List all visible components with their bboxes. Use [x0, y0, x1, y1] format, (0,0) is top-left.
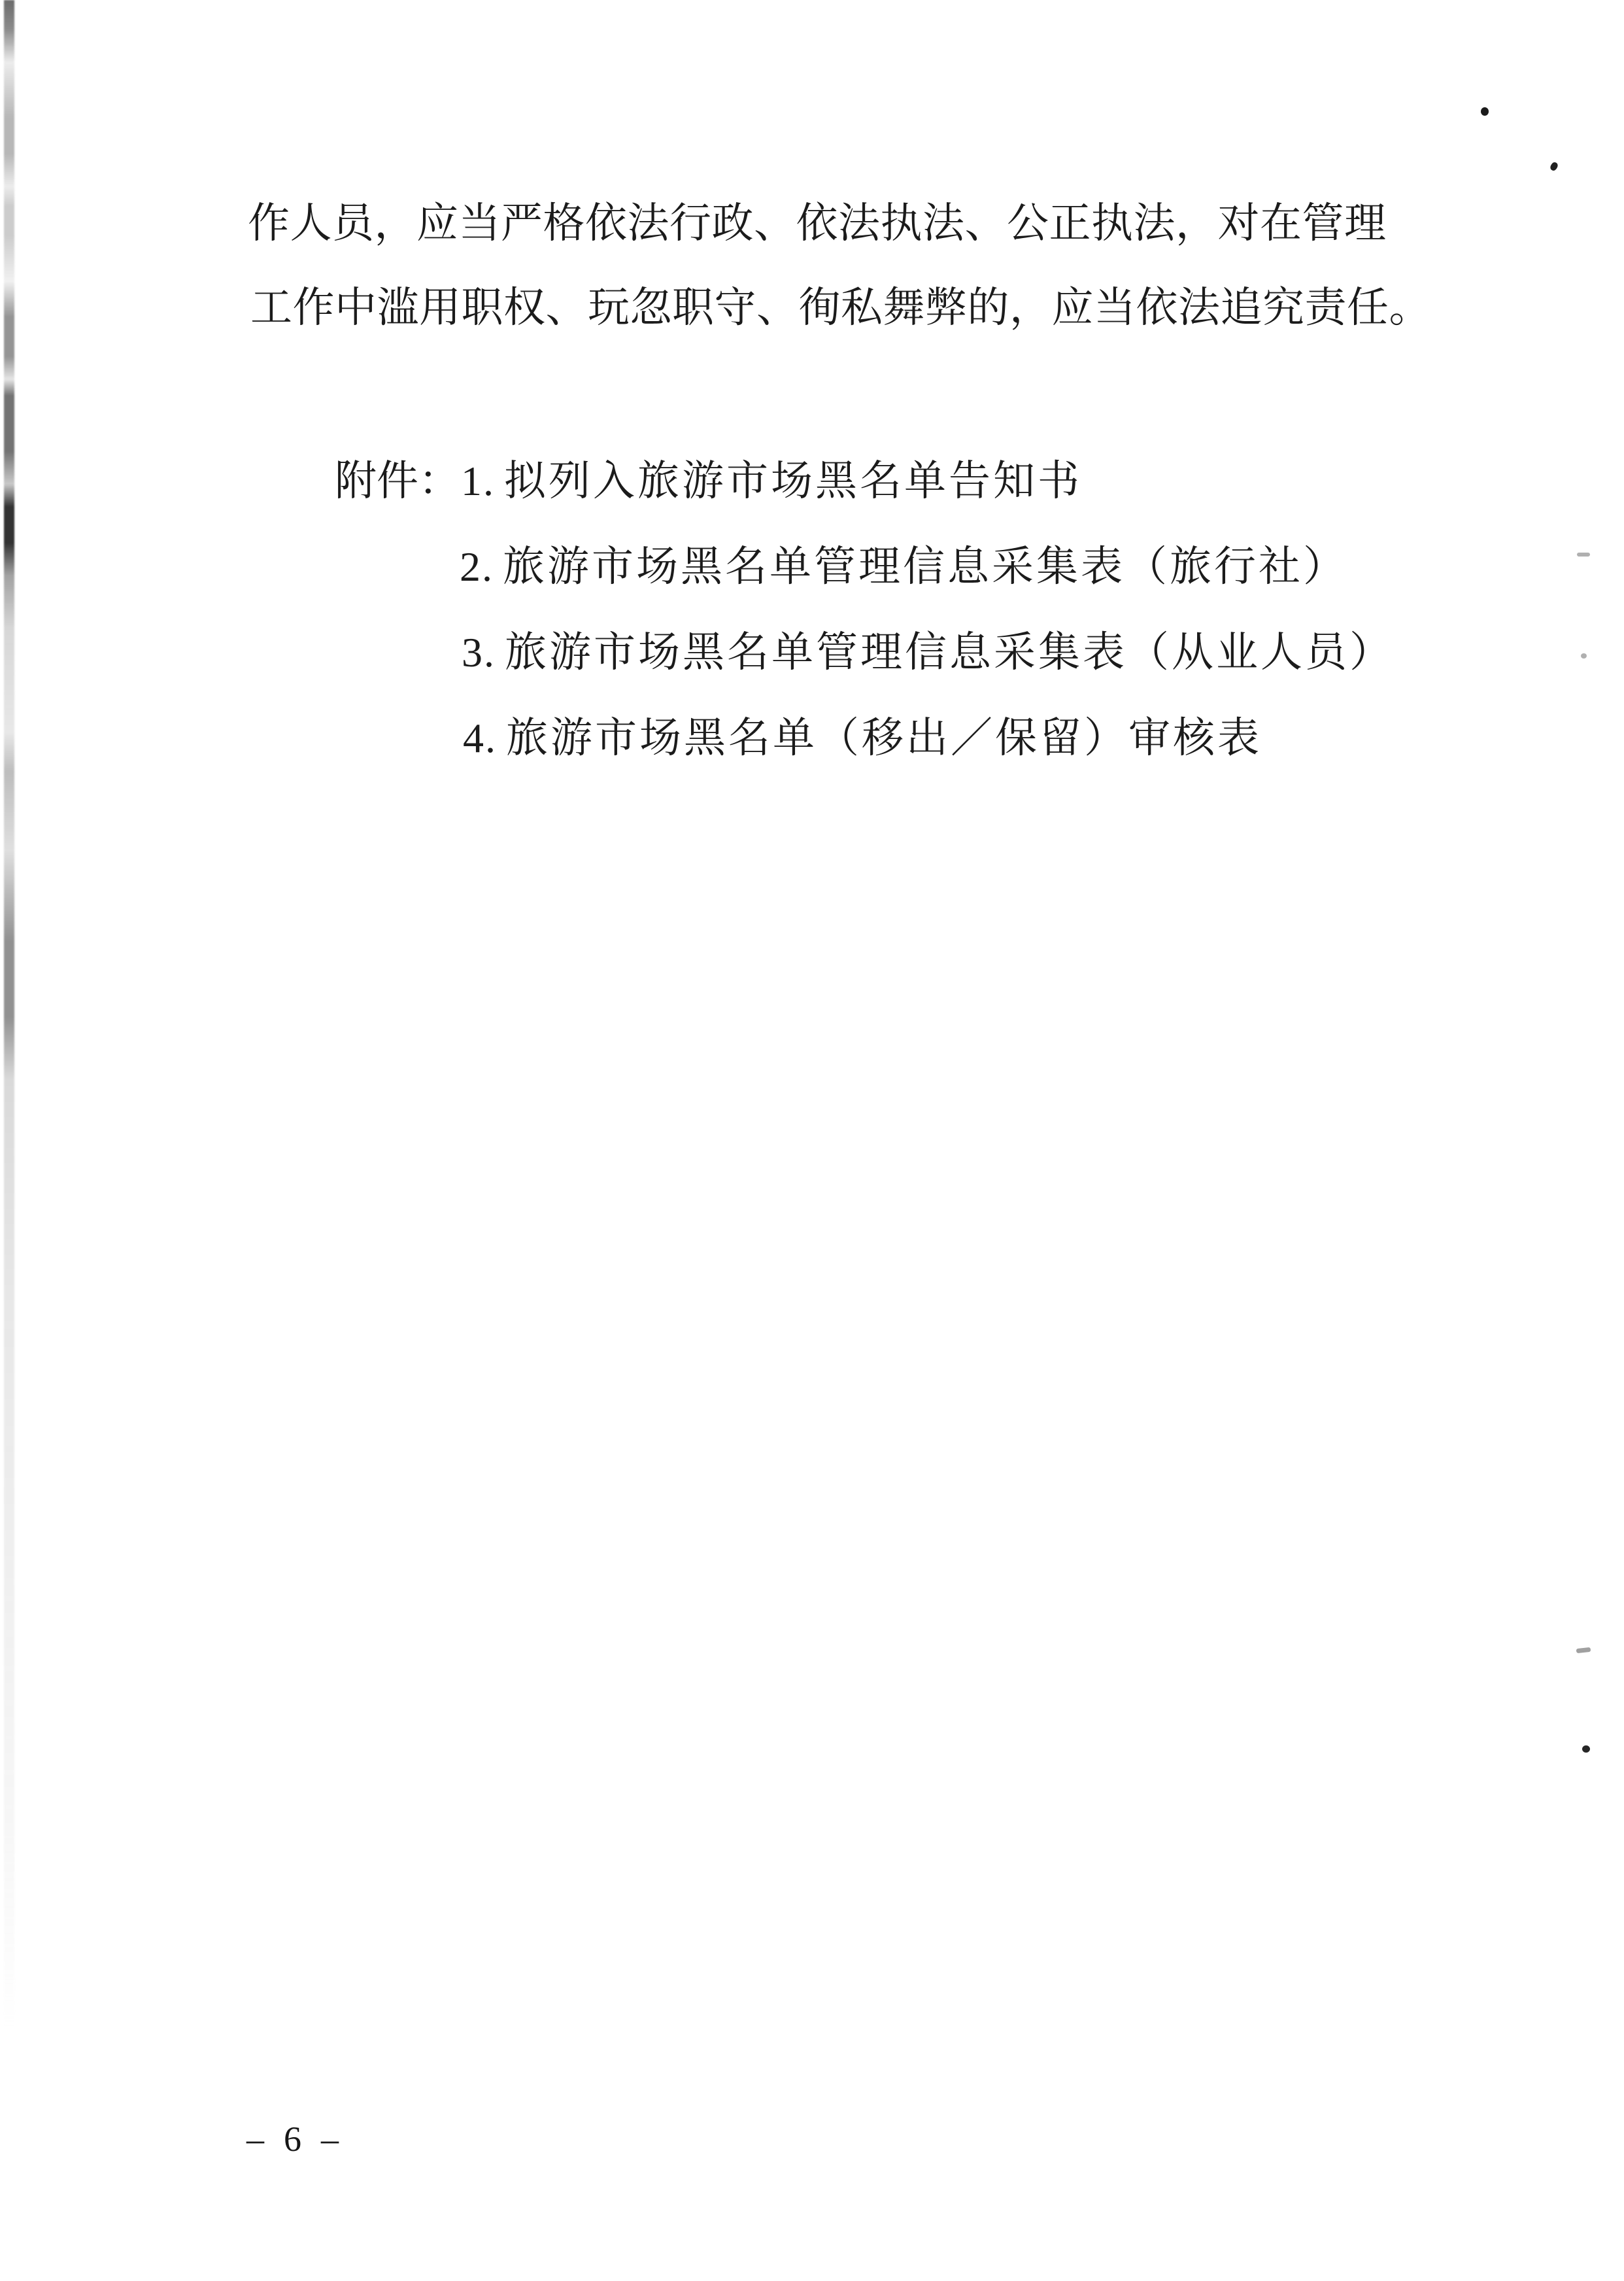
scan-speck-dash: [1576, 1647, 1591, 1653]
footer-left-dash: –: [246, 2121, 264, 2157]
attachment-item-1-title: 拟列入旅游市场黑名单告知书: [504, 458, 1082, 504]
attachments-label: 附件：: [335, 457, 460, 506]
footer-page-number: 6: [284, 2121, 301, 2157]
attachment-item-4: 4.旅游市场黑名单（移出／保留）审核表: [463, 714, 1262, 763]
attachment-item-4-title: 旅游市场黑名单（移出／保留）审核表: [506, 715, 1262, 761]
page-footer: – 6 –: [246, 2121, 339, 2157]
scanned-document-page: 作人员，应当严格依法行政、依法执法、公正执法，对在管理 工作中滥用职权、玩忽职守…: [0, 0, 1624, 2281]
attachment-item-1: 1.拟列入旅游市场黑名单告知书: [461, 457, 1082, 506]
attachment-item-3-number: 3.: [462, 628, 496, 677]
scan-speck-dot: [1549, 161, 1559, 171]
attachment-item-3-title: 旅游市场黑名单管理信息采集表（从业人员）: [505, 629, 1394, 676]
attachment-item-2-number: 2.: [460, 543, 494, 591]
scan-speck-dash: [1577, 553, 1590, 557]
attachment-item-2: 2.旅游市场黑名单管理信息采集表（旅行社）: [460, 543, 1347, 591]
attachment-item-1-number: 1.: [461, 457, 495, 506]
attachment-item-4-number: 4.: [463, 714, 497, 763]
attachment-item-2-title: 旅游市场黑名单管理信息采集表（旅行社）: [503, 543, 1347, 590]
scan-speck-dot: [1582, 1745, 1590, 1753]
attachment-item-3: 3.旅游市场黑名单管理信息采集表（从业人员）: [462, 628, 1394, 677]
footer-right-dash: –: [321, 2121, 339, 2157]
scan-speck-dot: [1481, 107, 1489, 116]
scan-spine-shadow: [4, 0, 14, 2027]
scan-speck-dot: [1581, 653, 1587, 659]
body-paragraph-line-1: 作人员，应当严格依法行政、依法执法、公正执法，对在管理: [248, 199, 1387, 248]
body-paragraph-line-2: 工作中滥用职权、玩忽职守、徇私舞弊的，应当依法追究责任。: [250, 284, 1431, 332]
